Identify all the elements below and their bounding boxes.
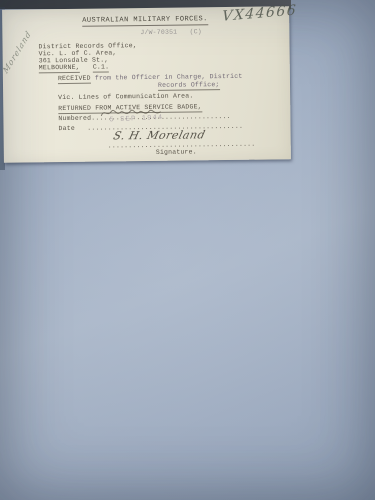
handwritten-signature: S. H. Moreland	[112, 128, 207, 142]
date-stamp: 5 SEP 1944	[109, 114, 163, 125]
received-word: RECEIVED	[58, 75, 91, 84]
signature-label: Signature.	[156, 148, 197, 156]
address-city: MELBOURNE,	[39, 64, 80, 73]
receipt-form-paper: AUSTRALIAN MILITARY FORCES. J/W-70351 (C…	[2, 6, 291, 162]
handwritten-margin-note: Moreland	[2, 29, 33, 76]
received-line2: Records Office;	[158, 81, 220, 90]
date-label: Date	[58, 125, 74, 132]
form-number: J/W-70351 (C)	[140, 28, 202, 36]
numbered-label: Numbered	[58, 115, 91, 122]
area-line: Vic. Lines of Communication Area.	[58, 92, 193, 101]
address-postal: C.1.	[93, 63, 110, 72]
address-city-line: MELBOURNE,C.1.	[39, 63, 110, 71]
document-photo: AUSTRALIAN MILITARY FORCES. J/W-70351 (C…	[0, 0, 375, 500]
form-title: AUSTRALIAN MILITARY FORCES.	[82, 15, 208, 27]
received-rest: from the Officer in Charge, District	[91, 73, 243, 82]
